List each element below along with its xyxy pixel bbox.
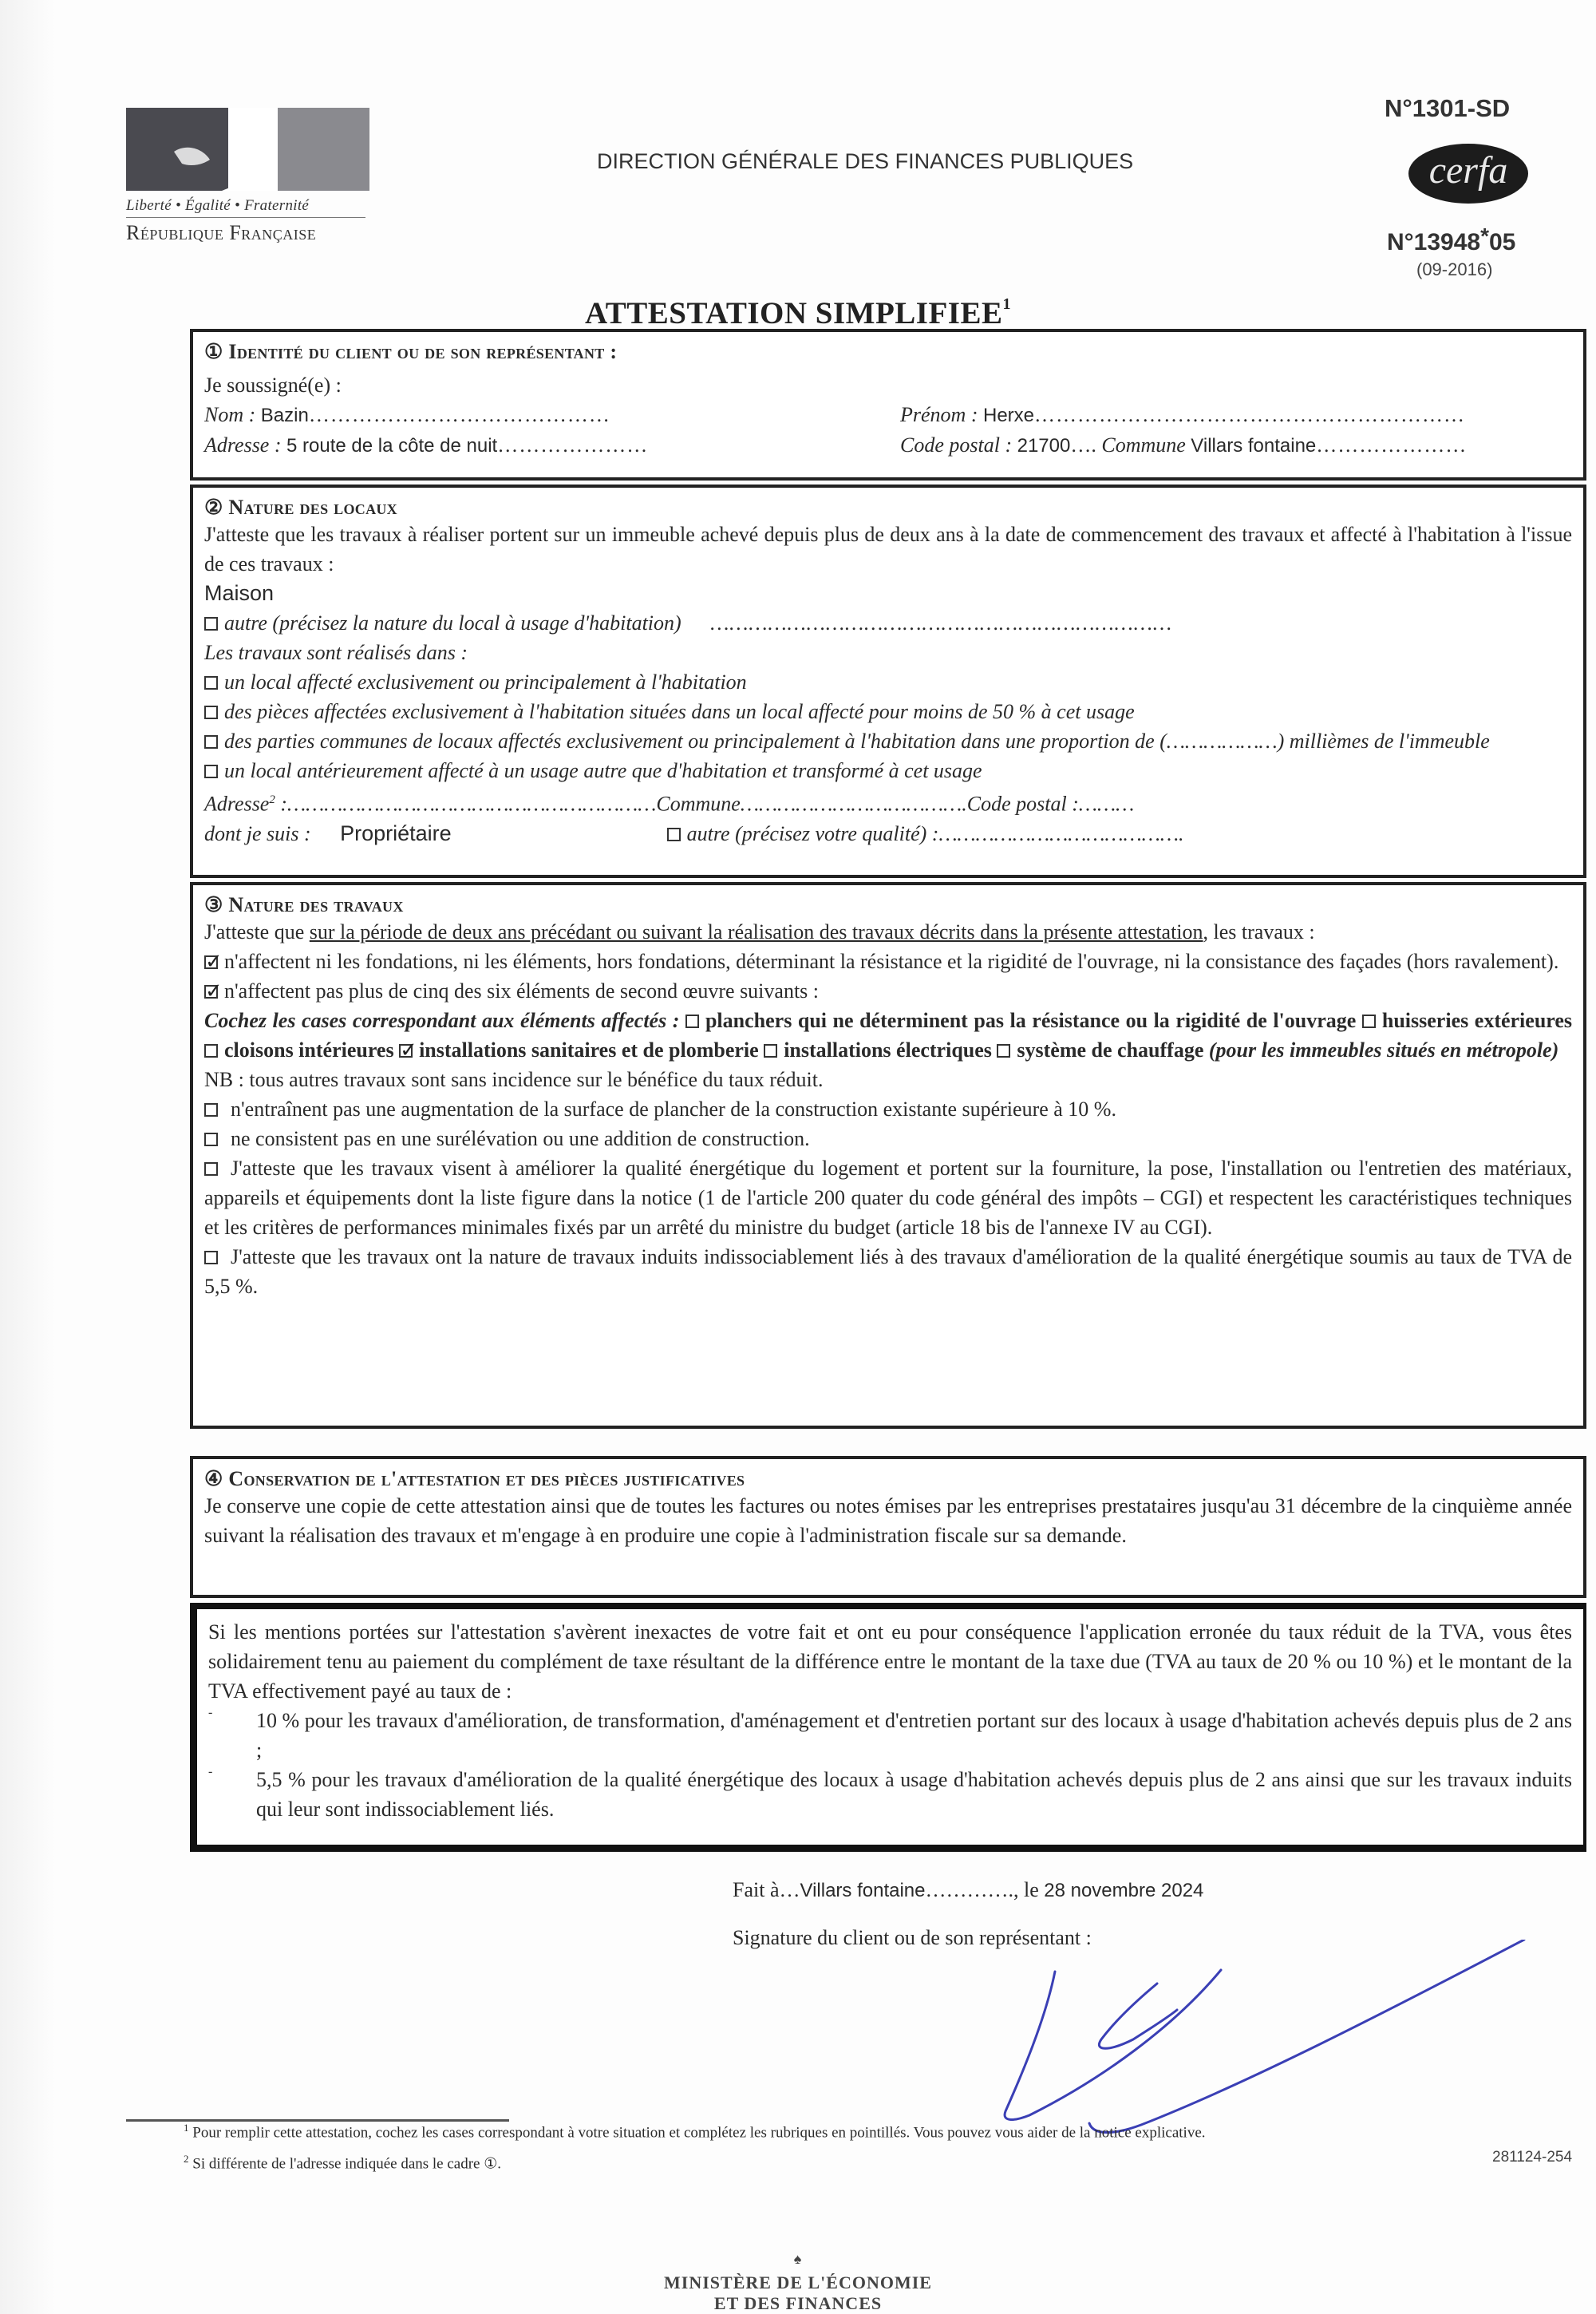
marianne-emblem-icon [126,108,369,191]
footnote-mark: 2 [269,793,275,806]
intro-text: J'atteste que les travaux à réaliser por… [204,520,1572,579]
ministry-emblem-icon: ♠ [0,2251,1596,2268]
bullet-marker: - [208,1706,256,1765]
option-label: n'entraînent pas une augmentation de la … [231,1098,1116,1121]
checkbox[interactable] [764,1044,777,1058]
option-label: J'atteste que les travaux ont la nature … [204,1245,1572,1298]
adresse-field[interactable]: Adresse : 5 route de la côte de nuit…………… [204,430,876,461]
checkbox-checked[interactable] [204,985,218,999]
cerfa-number-prefix: N°13948 [1387,229,1480,255]
checkbox[interactable] [204,735,218,749]
bullet-marker: - [208,1765,256,1824]
checkbox[interactable] [204,1044,218,1058]
logo-motto: Liberté • Égalité • Fraternité [126,197,369,215]
checkbox[interactable] [667,828,681,841]
autre-label: autre (précisez la nature du local à usa… [224,611,681,635]
element-label: installations sanitaires et de plomberie [419,1038,759,1062]
checkbox[interactable] [204,765,218,778]
footnote-2: 2 Si différente de l'adresse indiquée da… [184,2153,501,2173]
page-title: ATTESTATION SIMPLIFIEE1 [0,295,1596,331]
checkbox[interactable] [204,1162,218,1176]
prenom-field[interactable]: Prénom : Herxe…………………………………………………… [900,400,1572,430]
section-nature-travaux: ③ Nature des travaux J'atteste que sur l… [190,882,1586,1429]
le-label: le [1024,1878,1039,1901]
nb-text: NB : tous autres travaux sont sans incid… [204,1065,1572,1094]
form-number: N°1301-SD [1385,94,1510,123]
checkbox[interactable] [204,1133,218,1146]
autre-option[interactable]: autre (précisez la nature du local à usa… [204,608,1572,638]
cerfa-number-suffix: 05 [1489,229,1515,255]
conservation-text: Je conserve une copie de cette attestati… [204,1491,1572,1550]
checkbox[interactable] [204,1251,218,1264]
intro-underlined: sur la période de deux ans précédant ou … [310,920,1203,943]
elements-list: Cochez les cases correspondant aux éléme… [204,1006,1572,1065]
nom-label: Nom : [204,403,255,426]
fait-a-label: Fait à [733,1878,780,1901]
element-option[interactable]: installations sanitaires et de plomberie [399,1038,759,1062]
commune-label: Commune [1101,433,1185,457]
marianne-logo: Liberté • Égalité • Fraternité Républiqu… [126,108,369,251]
checkbox-checked[interactable] [399,1044,413,1058]
cerfa-number-star: * [1480,223,1489,248]
date-value: 28 novembre 2024 [1044,1880,1203,1901]
commune-label: Commune [656,793,740,816]
location-option[interactable]: des pièces affectées exclusivement à l'h… [204,697,1572,726]
commune-value: Villars fontaine [1191,435,1316,457]
code-postal-value: 21700 [1017,435,1071,457]
intro-b: , les travaux : [1203,920,1315,943]
warning-bullet: -5,5 % pour les travaux d'amélioration d… [208,1765,1572,1824]
footnote-1: 1 Pour remplir cette attestation, cochez… [184,2122,1206,2142]
element-option[interactable]: planchers qui ne déterminent pas la rési… [685,1009,1356,1032]
element-option[interactable]: système de chauffage (pour les immeubles… [997,1038,1558,1062]
footnote-text: Pour remplir cette attestation, cochez l… [192,2124,1205,2141]
footnote-text: Si différente de l'adresse indiquée dans… [192,2155,501,2172]
element-label: huisseries extérieures [1382,1009,1572,1032]
warning-text: Si les mentions portées sur l'attestatio… [208,1617,1572,1706]
code-postal-label: Code postal : [967,793,1079,816]
travaux-option[interactable]: ne consistent pas en une surélévation ou… [204,1124,1572,1153]
bullet-text: 10 % pour les travaux d'amélioration, de… [256,1706,1572,1765]
chauffage-note: (pour les immeubles situés en métropole) [1203,1038,1558,1062]
item-cinq-label: n'affectent pas plus de cinq des six élé… [224,979,819,1003]
intro-a: J'atteste que [204,920,310,943]
prenom-value: Herxe [983,405,1034,426]
footnote-mark: 1 [184,2122,189,2134]
document-reference: 281124-254 [1492,2149,1572,2166]
option-label: des pièces affectées exclusivement à l'h… [224,700,1135,723]
warning-bullet: -10 % pour les travaux d'amélioration, d… [208,1706,1572,1765]
element-option[interactable]: installations électriques [764,1038,992,1062]
travaux-option[interactable]: J'atteste que les travaux ont la nature … [204,1242,1572,1301]
travaux-dans-label: Les travaux sont réalisés dans : [204,638,1572,667]
checkbox[interactable] [204,617,218,631]
direction-name: DIRECTION GÉNÉRALE DES FINANCES PUBLIQUE… [597,149,1133,174]
cerfa-number: N°13948*05 [1387,223,1515,256]
adresse-line[interactable]: Adresse2 :……………………………………………………Commune………… [204,785,1572,819]
ministry-footer: ♠ MINISTÈRE DE L'ÉCONOMIE ET DES FINANCE… [0,2251,1596,2314]
fait-a-line[interactable]: Fait à…Villars fontaine…………., le 28 nove… [733,1878,1203,1902]
section-conservation: ④ Conservation de l'attestation et des p… [190,1456,1586,1598]
intro-text: J'atteste que sur la période de deux ans… [204,917,1572,947]
warning-box: Si les mentions portées sur l'attestatio… [190,1603,1586,1852]
adresse-value: 5 route de la côte de nuit [286,435,497,457]
element-label: système de chauffage [1017,1038,1203,1062]
adresse-label: Adresse : [204,433,282,457]
bullet-text: 5,5 % pour les travaux d'amélioration de… [256,1765,1572,1824]
option-label: J'atteste que les travaux visent à améli… [204,1157,1572,1239]
checkbox[interactable] [204,706,218,719]
signature-drawing[interactable] [982,1940,1540,2143]
option-label: des parties communes de locaux affectés … [224,730,1490,753]
nom-field[interactable]: Nom : Bazin…………………………………… [204,400,876,430]
dont-je-suis-label: dont je suis : [204,822,311,845]
option-label: ne consistent pas en une surélévation ou… [231,1127,810,1150]
location-option[interactable]: un local antérieurement affecté à un usa… [204,756,1572,785]
option-label: un local affecté exclusivement ou princi… [224,670,747,694]
item-fondations[interactable]: n'affectent ni les fondations, ni les él… [204,947,1572,976]
ministry-line-2: ET DES FINANCES [0,2293,1596,2314]
cp-commune-field[interactable]: Code postal : 21700…. Commune Villars fo… [900,430,1572,461]
qualite-line[interactable]: dont je suis : Propriétaireautre (précis… [204,819,1572,848]
section-heading: ① Identité du client ou de son représent… [204,340,1572,364]
checkbox[interactable] [997,1044,1010,1058]
cerfa-logo: cerfa [1408,144,1528,204]
cochez-label: Cochez les cases correspondant aux éléme… [204,1009,685,1032]
nature-value: Maison [204,579,1572,608]
section-identity: ① Identité du client ou de son représent… [190,329,1586,481]
element-option[interactable]: cloisons intérieures [204,1038,394,1062]
ministry-line-1: MINISTÈRE DE L'ÉCONOMIE [0,2272,1596,2293]
logo-rule [126,217,365,218]
title-text: ATTESTATION SIMPLIFIEE [585,296,1003,330]
location-option[interactable]: des parties communes de locaux affectés … [204,726,1572,756]
element-label: installations électriques [784,1038,992,1062]
footnote-mark: 2 [184,2153,189,2165]
nom-value: Bazin [261,405,309,426]
autre-qualite-label: autre (précisez votre qualité) : [687,822,939,845]
cerfa-date: (09-2016) [1416,259,1492,280]
checkbox[interactable] [204,676,218,690]
section-heading: ④ Conservation de l'attestation et des p… [204,1467,1572,1491]
item-fondations-label: n'affectent ni les fondations, ni les él… [224,950,1558,973]
section-nature-locaux: ② Nature des locaux J'atteste que les tr… [190,485,1586,878]
fait-a-value: Villars fontaine [800,1880,926,1901]
logo-republic: République Française [126,221,369,245]
qualite-value: Propriétaire [340,821,452,845]
checkbox[interactable] [685,1015,699,1028]
checkbox[interactable] [1362,1015,1376,1028]
checkbox[interactable] [204,1103,218,1117]
checkbox-checked[interactable] [204,955,218,969]
item-cinq-elements[interactable]: n'affectent pas plus de cinq des six élé… [204,976,1572,1006]
intro-text: Je soussigné(e) : [204,370,1572,400]
section-heading: ② Nature des locaux [204,496,1572,520]
travaux-option[interactable]: J'atteste que les travaux visent à améli… [204,1153,1572,1242]
element-label: planchers qui ne déterminent pas la rési… [705,1009,1356,1032]
element-option[interactable]: huisseries extérieures [1362,1009,1572,1032]
travaux-option[interactable]: n'entraînent pas une augmentation de la … [204,1094,1572,1124]
location-option[interactable]: un local affecté exclusivement ou princi… [204,667,1572,697]
prenom-label: Prénom : [900,403,978,426]
scan-edge-shadow [0,0,56,2314]
title-footnote-mark: 1 [1003,295,1012,313]
element-label: cloisons intérieures [224,1038,394,1062]
adresse-label: Adresse [204,793,269,816]
option-label: un local antérieurement affecté à un usa… [224,759,982,782]
section-heading: ③ Nature des travaux [204,893,1572,917]
code-postal-label: Code postal : [900,433,1012,457]
